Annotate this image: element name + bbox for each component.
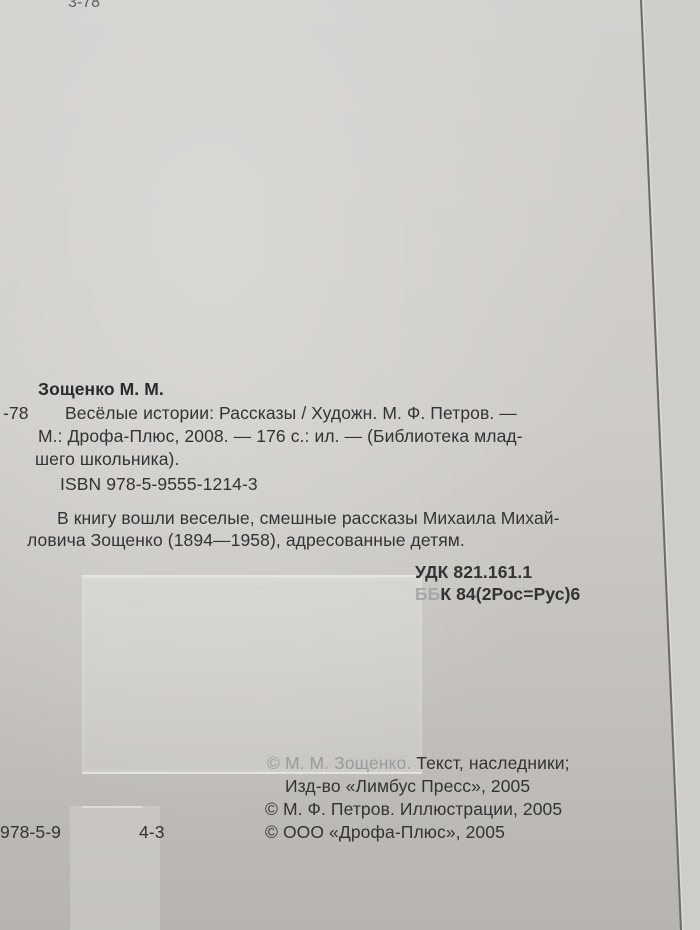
top-code: 3-78: [68, 0, 100, 12]
description-line-3: шего школьника).: [35, 449, 179, 470]
copyright-line-1: © М. М. Зощенко. Текст, наследники;: [267, 753, 570, 774]
description-line-2: М.: Дрофа-Плюс, 2008. — 176 с.: ил. — (Б…: [38, 426, 523, 447]
annotation-line-2: ловича Зощенко (1894—1958), адресованные…: [27, 530, 465, 551]
author-name: Зощенко М. М.: [38, 379, 164, 400]
footer-isbn-right: 4-3: [139, 822, 165, 842]
copyright-line-4: © ООО «Дрофа-Плюс», 2005: [265, 822, 505, 843]
footer-isbn-left: 978-5-9: [0, 822, 61, 842]
udk-code: УДК 821.161.1: [415, 562, 532, 583]
annotation-line-1: В книгу вошли веселые, смешные рассказы …: [57, 508, 560, 529]
copyright-faded: © М. М. Зощенко.: [267, 753, 411, 773]
tape-residue: [82, 575, 422, 774]
imprint-page: 3-78 Зощенко М. М. -78 Весёлые истории: …: [0, 0, 700, 930]
copyright-line-3: © М. Ф. Петров. Иллюстрации, 2005: [265, 799, 562, 820]
isbn: ISBN 978-5-9555-1214-3: [60, 474, 258, 495]
bbk-rest: К 84(2Рос=Рус)6: [440, 584, 580, 604]
description-line-1: Весёлые истории: Рассказы / Художн. М. Ф…: [65, 403, 517, 424]
footer-isbn: 978-5-94-3: [0, 822, 165, 843]
catalog-code: -78: [3, 403, 29, 424]
copyright-line-2: Изд-во «Лимбус Пресс», 2005: [285, 776, 530, 797]
bbk-prefix: ББ: [415, 584, 440, 604]
tape-edge: [82, 806, 142, 816]
bbk-code: ББК 84(2Рос=Рус)6: [415, 584, 580, 605]
